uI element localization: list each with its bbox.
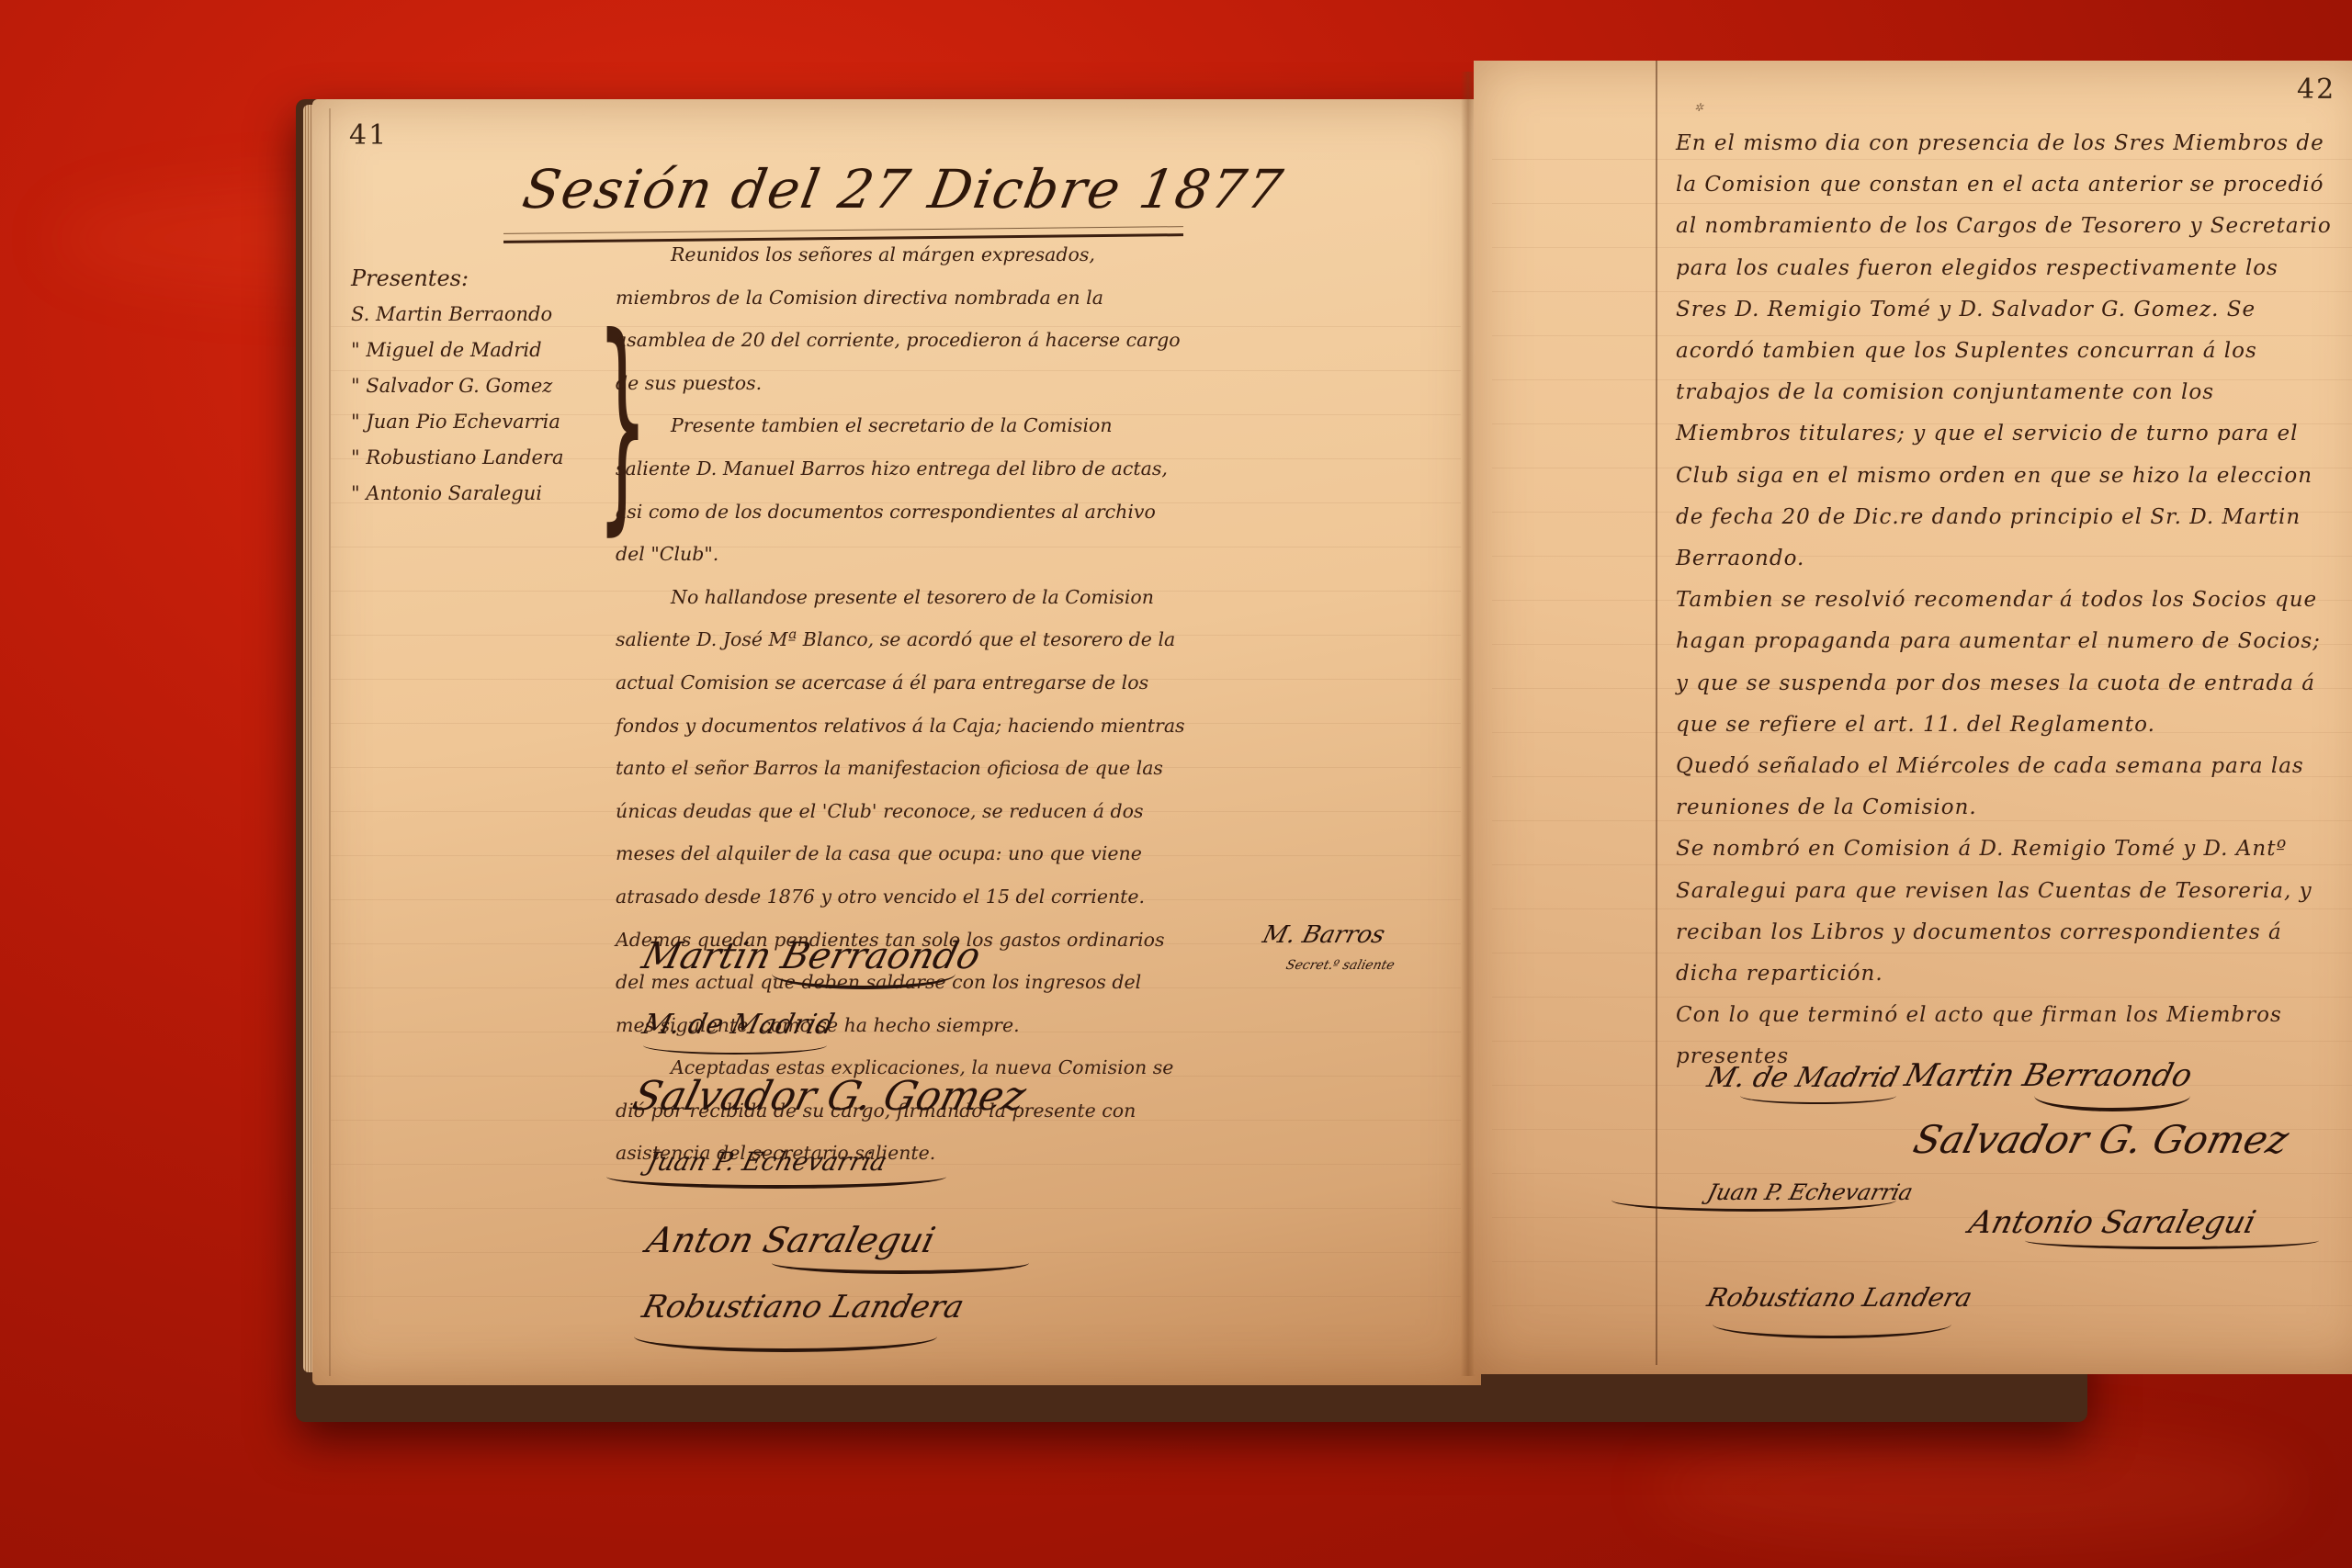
paragraph: Se nombró en Comision á D. Remigio Tomé …	[1676, 829, 2337, 995]
signature-flourish	[1713, 1310, 1951, 1338]
ledger-book: 41 Sesión del 27 Dicbre 1877 Presentes: …	[296, 53, 2086, 1431]
attendees-list: Presentes: S. Martin Berraondo " Miguel …	[351, 261, 581, 512]
signature-flourish	[2034, 1080, 2190, 1111]
signature: Salvador G. Gomez	[628, 1073, 1031, 1120]
attendee: " Antonio Saralegui	[351, 476, 581, 512]
attendee: " Juan Pio Echevarria	[351, 404, 581, 440]
cloth-fold	[1654, 1433, 2297, 1543]
signature: Robustiano Landera	[1704, 1282, 1975, 1313]
signature-flourish	[772, 1252, 1029, 1274]
paragraph: Presente tambien el secretario de la Com…	[616, 404, 1185, 575]
session-title: Sesión del 27 Dicbre 1877	[518, 158, 1289, 220]
signature-flourish	[1740, 1088, 1896, 1104]
signature: Robustiano Landera	[639, 1289, 967, 1325]
page-number: 41	[349, 119, 388, 152]
secretary-signature: M. Barros	[1260, 921, 1387, 949]
signature-flourish	[606, 1165, 946, 1189]
signature-flourish	[772, 958, 955, 989]
ink-mark: ✲	[1694, 101, 1703, 114]
attendee: S. Martin Berraondo	[351, 297, 581, 333]
signature-flourish	[2025, 1232, 2319, 1249]
left-page: 41 Sesión del 27 Dicbre 1877 Presentes: …	[312, 99, 1481, 1385]
secretary-role: Secret.º saliente	[1284, 958, 1396, 973]
paragraph: Tambien se resolvió recomendar á todos l…	[1676, 580, 2337, 746]
paragraph: En el mismo dia con presencia de los Sre…	[1676, 123, 2337, 580]
attendees-heading: Presentes:	[351, 261, 581, 297]
margin-rule	[1656, 61, 1657, 1365]
margin-rule	[329, 108, 331, 1376]
paragraph: Quedó señalado el Miércoles de cada sema…	[1676, 746, 2337, 829]
minutes-body-right: En el mismo dia con presencia de los Sre…	[1676, 123, 2337, 1078]
paragraph: Reunidos los señores al márgen expresado…	[616, 233, 1185, 404]
signature-flourish	[643, 1036, 827, 1055]
attendee: " Robustiano Landera	[351, 440, 581, 476]
signature-flourish	[634, 1321, 937, 1352]
signature: Salvador G. Gomez	[1909, 1117, 2293, 1162]
signature-flourish	[1611, 1189, 1896, 1212]
attendee: " Salvador G. Gomez	[351, 368, 581, 404]
page-number: 42	[2297, 73, 2335, 106]
right-page: ✲ 42 En el mismo dia con presencia de lo…	[1474, 61, 2352, 1374]
attendee: " Miguel de Madrid	[351, 333, 581, 368]
